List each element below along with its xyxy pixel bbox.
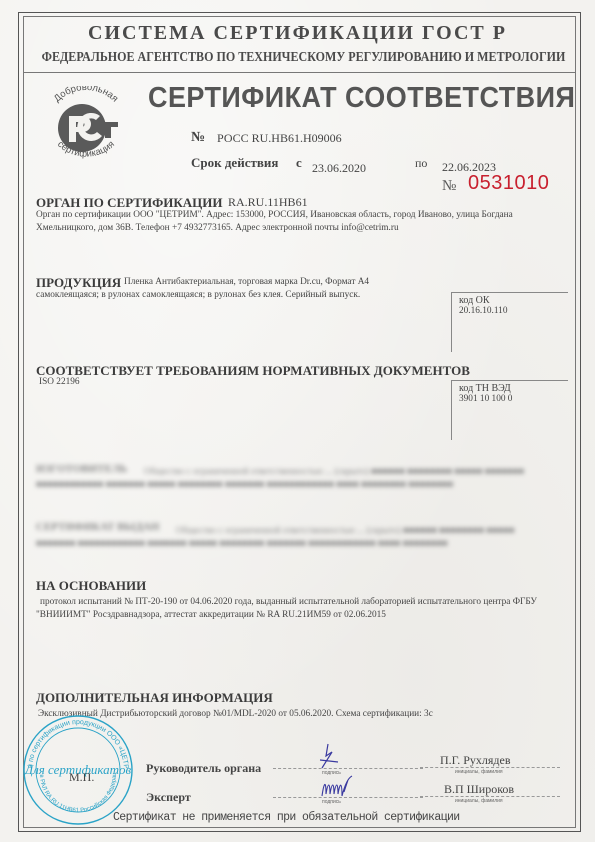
tnved-code-value: 3901 10 100 0	[459, 394, 568, 405]
product-description: Пленка Антибактериальная, торговая марка…	[36, 276, 426, 302]
expert-name-line	[420, 796, 560, 797]
additional-info-heading: ДОПОЛНИТЕЛЬНАЯ ИНФОРМАЦИЯ	[36, 690, 273, 706]
head-signature-icon	[314, 742, 344, 772]
basis-text: протокол испытаний № ПТ-20-190 от 04.06.…	[36, 596, 556, 622]
head-of-body-label: Руководитель органа	[146, 761, 261, 776]
footer-note: Сертификат не применяется при обязательн…	[113, 811, 460, 824]
expert-signature-icon	[318, 774, 356, 800]
number-sign: №	[191, 130, 205, 146]
blank-serial-number: 0531010	[468, 172, 549, 195]
expert-label: Эксперт	[146, 790, 191, 805]
expert-name: В.П Широков	[444, 782, 514, 797]
certification-body-code: RA.RU.11HB61	[228, 195, 308, 210]
certificate-number: РОСС RU.HB61.H09006	[217, 131, 342, 146]
valid-from-date: 23.06.2020	[312, 161, 366, 176]
validity-to-label: по	[415, 156, 427, 171]
tnved-code-box: код ТН ВЭД 3901 10 100 0	[451, 380, 568, 440]
system-title: СИСТЕМА СЕРТИФИКАЦИИ ГОСТ Р	[0, 22, 595, 45]
manufacturer-text-redacted: Общество с ограниченной ответственностью…	[36, 466, 556, 492]
header-divider	[23, 72, 576, 73]
standard-reference: ISO 22196	[39, 376, 80, 389]
head-name: П.Г. Рухлядев	[440, 753, 511, 768]
head-signature-line	[273, 768, 423, 769]
agency-name: ФЕДЕРАЛЬНОЕ АГЕНТСТВО ПО ТЕХНИЧЕСКОМУ РЕ…	[42, 50, 554, 66]
certification-body-details: Орган по сертификации ООО "ЦЕТРИМ". Адре…	[36, 209, 546, 235]
ok-code-label: код ОК	[459, 295, 568, 306]
svg-text:Добровольная: Добровольная	[52, 86, 120, 104]
svg-text:Орган по сертификации продукци: Орган по сертификации продукции ООО «ЦЕТ…	[20, 712, 129, 770]
ok-code-value: 20.16.10.110	[459, 306, 568, 317]
blank-number-sign: №	[442, 178, 456, 195]
validity-from-label: с	[296, 155, 302, 171]
expert-name-caption: инициалы, фамилия	[455, 798, 503, 804]
conformity-heading: СООТВЕТСТВУЕТ ТРЕБОВАНИЯМ НОРМАТИВНЫХ ДО…	[36, 363, 470, 379]
ok-code-box: код ОК 20.16.10.110	[451, 292, 568, 352]
basis-heading: НА ОСНОВАНИИ	[36, 578, 146, 594]
head-name-caption: инициалы, фамилия	[455, 769, 503, 775]
certificate-title: СЕРТИФИКАТ СООТВЕТСТВИЯ	[148, 82, 575, 115]
issued-to-text-redacted: Общество с ограниченной ответственностью…	[36, 525, 556, 551]
validity-label: Срок действия	[191, 155, 278, 171]
seal-label: М.П.	[69, 770, 94, 785]
tnved-code-label: код ТН ВЭД	[459, 383, 568, 394]
head-name-line	[420, 767, 560, 768]
rst-logo-icon: Добровольная сертификация	[36, 86, 136, 166]
